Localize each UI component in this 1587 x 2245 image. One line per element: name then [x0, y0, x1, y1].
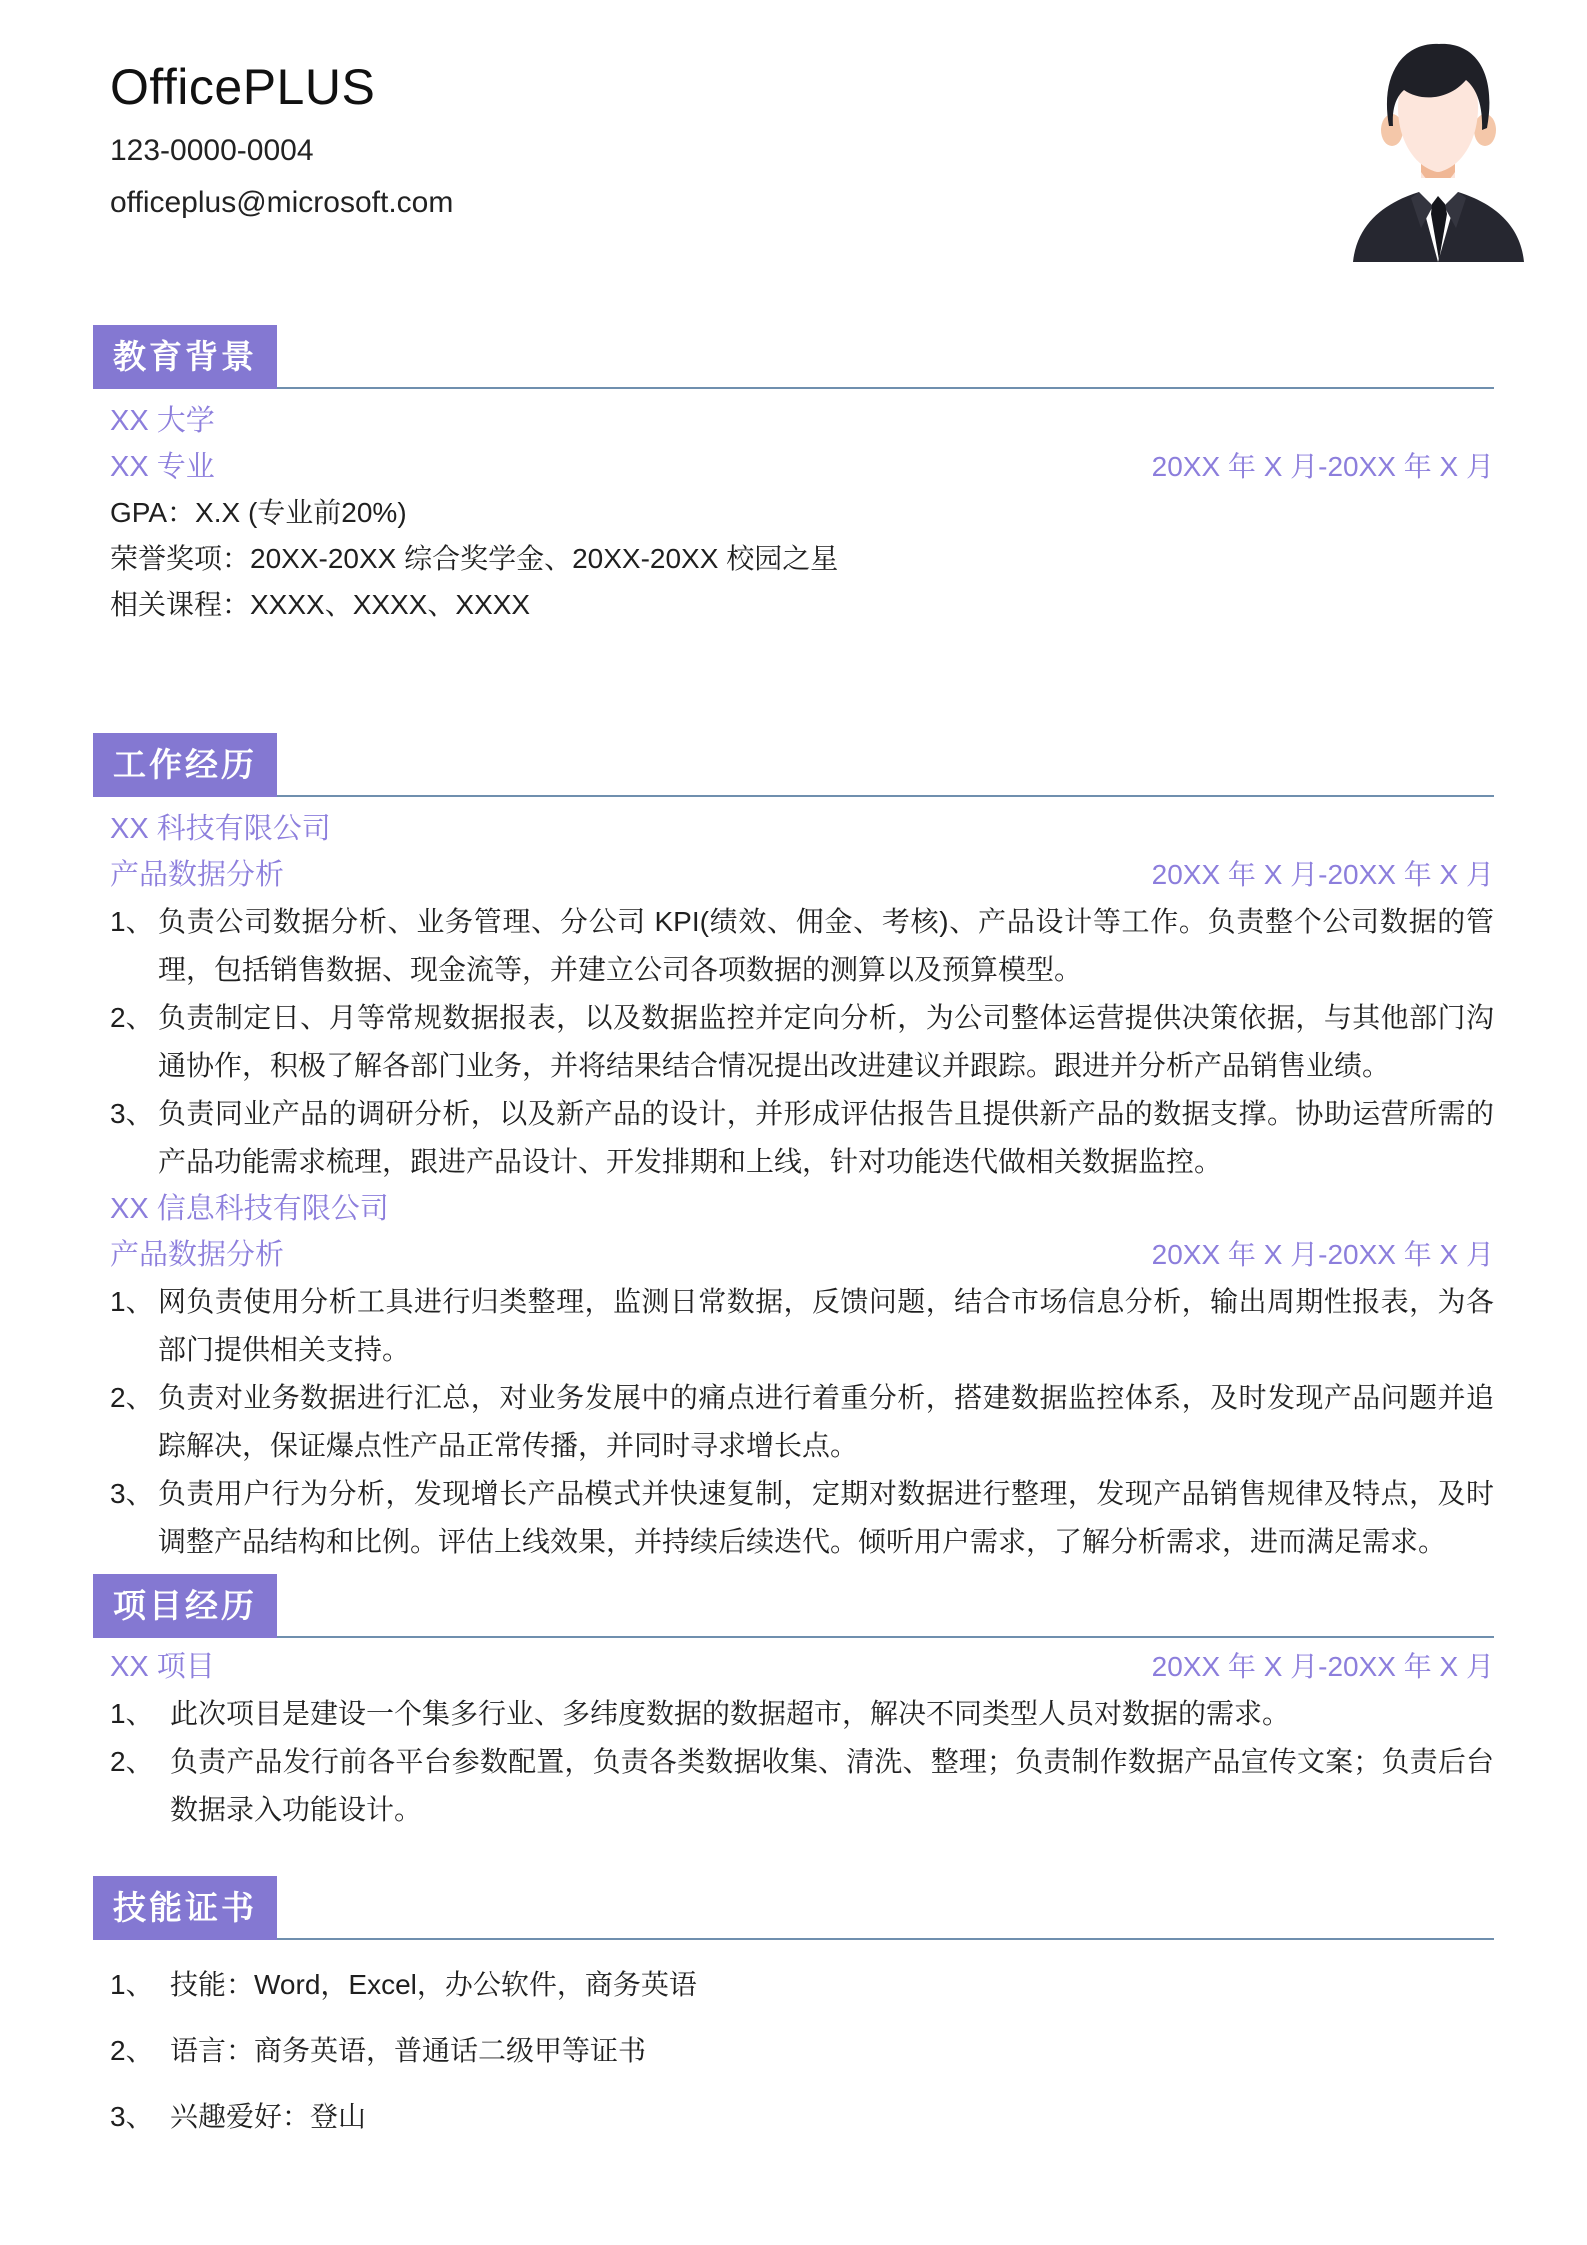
education-section: XX 大学 XX 专业 20XX 年 X 月-20XX 年 X 月 GPA：X.…: [110, 398, 1494, 628]
bullet-text: 网负责使用分析工具进行归类整理，监测日常数据，反馈问题，结合市场信息分析，输出周…: [158, 1286, 1494, 1365]
skill-item: 3、兴趣爱好：登山: [110, 2084, 1494, 2150]
bullet-text: 负责用户行为分析，发现增长产品模式并快速复制，定期对数据进行整理，发现产品销售规…: [158, 1478, 1494, 1557]
bullet-text: 负责同业产品的调研分析，以及新产品的设计，并形成评估报告且提供新产品的数据支撑。…: [158, 1098, 1494, 1177]
skills-divider: [93, 1938, 1494, 1940]
project-divider: [93, 1636, 1494, 1638]
profile-photo: [1337, 30, 1540, 262]
bullet-number: 1、: [110, 1278, 154, 1326]
skill-text: 技能：Word，Excel，办公软件，商务英语: [170, 1969, 697, 2000]
project-name: XX 项目: [110, 1651, 215, 1683]
project-bullet: 2、负责产品发行前各平台参数配置，负责各类数据收集、清洗、整理；负责制作数据产品…: [110, 1738, 1494, 1834]
job-bullet: 1、负责公司数据分析、业务管理、分公司 KPI(绩效、佣金、考核)、产品设计等工…: [110, 898, 1494, 994]
skill-text: 兴趣爱好：登山: [170, 2101, 366, 2132]
bullet-number: 1、: [110, 1952, 154, 2018]
bullet-text: 负责产品发行前各平台参数配置，负责各类数据收集、清洗、整理；负责制作数据产品宣传…: [170, 1746, 1494, 1825]
project-bullet: 1、此次项目是建设一个集多行业、多纬度数据的数据超市，解决不同类型人员对数据的需…: [110, 1690, 1494, 1738]
candidate-name: OfficePLUS: [110, 52, 375, 122]
bullet-text: 此次项目是建设一个集多行业、多纬度数据的数据超市，解决不同类型人员对数据的需求。: [170, 1698, 1290, 1729]
skill-item: 1、技能：Word，Excel，办公软件，商务英语: [110, 1952, 1494, 2018]
skill-item: 2、语言：商务英语，普通话二级甲等证书: [110, 2018, 1494, 2084]
bullet-number: 1、: [110, 1690, 154, 1738]
job-date: 20XX 年 X 月-20XX 年 X 月: [1152, 1232, 1494, 1278]
job-bullet: 3、负责用户行为分析，发现增长产品模式并快速复制，定期对数据进行整理，发现产品销…: [110, 1470, 1494, 1566]
male-portrait-icon: [1337, 30, 1540, 262]
skills-section: 1、技能：Word，Excel，办公软件，商务英语 2、语言：商务英语，普通话二…: [110, 1952, 1494, 2150]
bullet-text: 负责对业务数据进行汇总，对业务发展中的痛点进行着重分析，搭建数据监控体系，及时发…: [158, 1382, 1494, 1461]
education-awards: 荣誉奖项：20XX-20XX 综合奖学金、20XX-20XX 校园之星: [110, 536, 1494, 582]
bullet-number: 2、: [110, 1374, 154, 1422]
email-address: officeplus@microsoft.com: [110, 180, 453, 226]
work-divider: [93, 795, 1494, 797]
bullet-number: 2、: [110, 994, 154, 1042]
job-company: XX 科技有限公司: [110, 806, 1494, 852]
work-section-title: 工作经历: [93, 733, 277, 797]
bullet-number: 3、: [110, 2084, 154, 2150]
job-date: 20XX 年 X 月-20XX 年 X 月: [1152, 852, 1494, 898]
bullet-number: 2、: [110, 2018, 154, 2084]
skill-text: 语言：商务英语，普通话二级甲等证书: [170, 2035, 646, 2066]
bullet-number: 1、: [110, 898, 154, 946]
education-section-title: 教育背景: [93, 325, 277, 389]
job-bullet: 3、负责同业产品的调研分析，以及新产品的设计，并形成评估报告且提供新产品的数据支…: [110, 1090, 1494, 1186]
education-date: 20XX 年 X 月-20XX 年 X 月: [1152, 444, 1494, 490]
job-bullet: 2、负责对业务数据进行汇总，对业务发展中的痛点进行着重分析，搭建数据监控体系，及…: [110, 1374, 1494, 1470]
education-gpa: GPA：X.X (专业前20%): [110, 490, 1494, 536]
job-company: XX 信息科技有限公司: [110, 1186, 1494, 1232]
job-bullet: 1、网负责使用分析工具进行归类整理，监测日常数据，反馈问题，结合市场信息分析，输…: [110, 1278, 1494, 1374]
education-school: XX 大学: [110, 398, 1494, 444]
job-role: 产品数据分析: [110, 1239, 284, 1271]
project-section: XX 项目 20XX 年 X 月-20XX 年 X 月 1、此次项目是建设一个集…: [110, 1644, 1494, 1834]
project-date: 20XX 年 X 月-20XX 年 X 月: [1152, 1644, 1494, 1690]
bullet-text: 负责公司数据分析、业务管理、分公司 KPI(绩效、佣金、考核)、产品设计等工作。…: [158, 906, 1494, 985]
bullet-number: 3、: [110, 1470, 154, 1518]
education-major: XX 专业: [110, 451, 215, 483]
education-courses: 相关课程：XXXX、XXXX、XXXX: [110, 582, 1494, 628]
work-section: XX 科技有限公司 产品数据分析 20XX 年 X 月-20XX 年 X 月 1…: [110, 806, 1494, 1566]
education-divider: [93, 387, 1494, 389]
bullet-number: 2、: [110, 1738, 154, 1786]
resume-page: OfficePLUS 123-0000-0004 officeplus@micr…: [0, 0, 1587, 2245]
bullet-number: 3、: [110, 1090, 154, 1138]
job-bullet: 2、负责制定日、月等常规数据报表，以及数据监控并定向分析，为公司整体运营提供决策…: [110, 994, 1494, 1090]
skills-section-title: 技能证书: [93, 1876, 277, 1940]
bullet-text: 负责制定日、月等常规数据报表，以及数据监控并定向分析，为公司整体运营提供决策依据…: [158, 1002, 1494, 1081]
job-role: 产品数据分析: [110, 859, 284, 891]
phone-number: 123-0000-0004: [110, 128, 314, 174]
project-section-title: 项目经历: [93, 1574, 277, 1638]
